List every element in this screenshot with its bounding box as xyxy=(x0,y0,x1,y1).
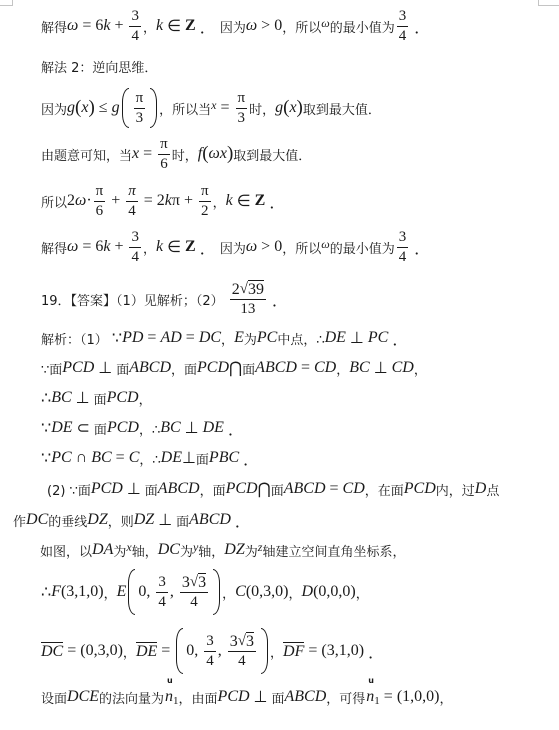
math-var: CD xyxy=(314,359,336,377)
page-corner-mark-top-left xyxy=(0,0,13,6)
line-point-coordinates: ∴ F (3,1,0) ， E 0, 34 , 3√3 4 ， C (0,3,0… xyxy=(41,567,369,617)
text-run: 时， xyxy=(172,145,198,164)
math-op: ． xyxy=(265,190,285,213)
math-var: k xyxy=(103,17,110,35)
math-set-integers: Z xyxy=(255,192,266,210)
vector-dc: DC xyxy=(41,642,63,660)
fraction: π3 xyxy=(134,90,146,127)
fraction: 34 xyxy=(156,574,168,611)
fraction-denominator: 4 xyxy=(238,652,246,670)
fraction-denominator: 6 xyxy=(96,202,104,220)
fraction: 3√3 4 xyxy=(228,632,256,670)
text-run: ， xyxy=(104,583,117,602)
document-page: 解得 ω = 6 k + 34 ， k ∈ Z ． 因为 ω > 0 ，所以 ω… xyxy=(0,0,559,730)
text-run: 因为 xyxy=(216,17,246,36)
text-run: ，可得 xyxy=(326,688,365,707)
fraction-denominator: 3 xyxy=(136,109,144,127)
subscript: 1 xyxy=(374,695,380,707)
math-op: > 0 xyxy=(257,238,282,256)
math-var: x xyxy=(132,145,139,163)
text-run: ，在面 xyxy=(365,480,404,499)
radical-sign: √ xyxy=(190,574,198,591)
text-run: 内，过 xyxy=(436,480,475,499)
text-run: ， xyxy=(222,583,235,602)
big-left-paren xyxy=(122,88,129,128)
text-run: 轴， xyxy=(198,541,224,560)
math-op: ∈ xyxy=(163,237,185,257)
text-run: 如图，以 xyxy=(40,541,92,560)
coordinate-tuple: = (0,3,0) xyxy=(63,642,123,660)
math-var: ω xyxy=(321,237,329,252)
big-left-paren xyxy=(176,628,183,674)
text-run: ， xyxy=(213,192,226,211)
text-run: 设面 xyxy=(41,688,67,707)
fraction-numerator: π xyxy=(158,136,170,155)
fraction-numerator: π xyxy=(94,183,106,202)
fraction: π6 xyxy=(158,136,170,173)
math-op: ． xyxy=(268,288,288,311)
text-run: ， xyxy=(143,238,156,257)
text-run: 面 xyxy=(271,688,284,707)
coordinate-tuple: = (1,0,0) xyxy=(380,688,440,706)
math-op: ⊥ xyxy=(370,358,392,378)
fraction: 34 xyxy=(204,633,216,670)
math-var: C xyxy=(235,583,246,601)
math-op: = xyxy=(139,145,156,163)
text-run: 作 xyxy=(13,511,26,530)
math-op: ∈ xyxy=(163,16,185,36)
radicand: 39 xyxy=(248,280,264,298)
math-pi: π xyxy=(172,192,180,210)
text-run: ，所以 xyxy=(282,17,321,36)
coordinate-tuple: (0,3,0) xyxy=(246,583,289,601)
math-op: ． xyxy=(410,236,430,259)
text-run: 面 xyxy=(271,480,284,499)
text-run: ，所以当 xyxy=(159,99,211,118)
text-run: 解法 2：逆向思维． xyxy=(41,57,157,76)
fraction: 34 xyxy=(397,229,409,266)
math-var: CD xyxy=(392,359,414,377)
text-run: 取到最大值． xyxy=(303,99,381,118)
answer-heading: 19．【答案】（1）见解析；（2） xyxy=(41,290,228,309)
math-var: n xyxy=(165,688,173,706)
text-run: 的最小值为 xyxy=(330,17,395,36)
line-equation: 所以 2 ω · π6 + π4 = 2 k π + π2 ， k ∈ Z ． xyxy=(41,176,285,226)
big-left-paren xyxy=(128,569,135,615)
math-num: 3 xyxy=(230,633,238,650)
text-run: ， xyxy=(336,359,349,378)
math-op: ⋂ xyxy=(258,479,271,499)
math-var: PCD xyxy=(218,688,250,706)
fraction-numerator: π xyxy=(199,183,211,202)
text-run: ， xyxy=(289,583,302,602)
text-run: ， xyxy=(414,359,427,378)
math-var: x xyxy=(211,98,216,113)
vector-de: DE xyxy=(136,642,157,660)
vector-accent-icon: u xyxy=(368,676,374,685)
line-f-max: 由题意可知，当 x = π6 时， f ( ωx ) 取到最大值． xyxy=(41,129,311,179)
math-var: k xyxy=(103,238,110,256)
text-run: ， xyxy=(143,17,156,36)
fraction-numerator: 3 xyxy=(204,633,216,652)
math-op: + xyxy=(107,192,124,210)
math-var: ABCD xyxy=(255,359,297,377)
fraction-denominator: 4 xyxy=(190,593,198,611)
text-run: 所以 xyxy=(41,192,67,211)
fraction-numerator: 3 xyxy=(397,8,409,27)
subscript: 1 xyxy=(173,695,179,707)
math-var: k xyxy=(156,17,163,35)
fraction: 34 xyxy=(129,229,141,266)
math-var: E xyxy=(117,583,127,601)
fraction-denominator: 3 xyxy=(238,109,246,127)
math-op: = xyxy=(157,642,174,660)
line-omega-solution-b: 解得 ω = 6 k + 34 ， k ∈ Z ． 因为 ω > 0 ，所以 ω… xyxy=(41,222,430,272)
math-op: ． xyxy=(196,236,216,259)
math-var: DCE xyxy=(67,688,99,706)
fraction-numerator: 3 xyxy=(397,229,409,248)
text-run: 由题意可知，当 xyxy=(41,145,132,164)
axis-y-label: y xyxy=(193,540,198,555)
fraction-numerator: 2√39 xyxy=(230,280,266,300)
big-right-paren xyxy=(261,628,268,674)
math-var: DC xyxy=(158,541,180,559)
fraction: 34 xyxy=(397,8,409,45)
fraction-numerator: 3 xyxy=(129,8,141,27)
fraction-denominator: 4 xyxy=(128,202,136,220)
math-var: PCD xyxy=(197,359,229,377)
fraction-numerator: π xyxy=(236,90,248,109)
math-var: g xyxy=(67,99,75,117)
math-var: n xyxy=(366,688,374,706)
math-var: DA xyxy=(92,541,113,559)
math-op: = xyxy=(326,480,343,498)
radicand: 3 xyxy=(246,632,254,650)
math-var: ABCD xyxy=(284,480,326,498)
fraction-denominator: 4 xyxy=(206,652,214,670)
big-right-paren xyxy=(213,569,220,615)
coordinate-tuple: = (3,1,0) xyxy=(304,642,364,660)
math-op: ⊥ xyxy=(250,687,272,707)
text-run: ， xyxy=(123,642,136,661)
math-var: BC xyxy=(349,359,369,377)
math-op: ． xyxy=(364,640,384,663)
line-g-max: 因为 g ( x ) ≤ g π3 ，所以当 x = π3 时， g ( x )… xyxy=(41,83,381,133)
math-var: ABCD xyxy=(285,688,327,706)
text-run: 因为 xyxy=(216,238,246,257)
math-var: ω xyxy=(321,16,329,31)
radical-sign: √ xyxy=(238,633,246,650)
text-run: 为 xyxy=(113,541,126,560)
math-num: 3 xyxy=(182,574,190,591)
math-var: ω xyxy=(246,238,257,256)
math-op: = xyxy=(216,99,233,117)
math-op: = xyxy=(297,359,314,377)
text-run: 轴， xyxy=(132,541,158,560)
math-var: ω xyxy=(75,192,86,210)
math-var: DZ xyxy=(224,541,244,559)
text-run: ， xyxy=(270,642,283,661)
math-var: D xyxy=(302,583,314,601)
math-op: · xyxy=(86,192,91,210)
text-run: ， xyxy=(439,688,452,707)
math-var: g xyxy=(112,99,120,117)
math-op: ⋂ xyxy=(229,358,242,378)
axis-x-label: x xyxy=(126,540,131,555)
math-var: ωx xyxy=(209,145,227,163)
normal-vector-n1: u n 1 xyxy=(165,688,179,706)
math-var: x xyxy=(289,99,296,117)
math-set-integers: Z xyxy=(185,238,196,256)
fraction-denominator: 4 xyxy=(399,248,407,266)
text-run: 解得 xyxy=(41,238,67,257)
math-op: = 6 xyxy=(78,238,103,256)
text-run: 轴建立空间直角坐标系， xyxy=(262,541,405,560)
math-num: 2 xyxy=(67,192,75,210)
text-run: ，所以 xyxy=(282,238,321,257)
fraction-denominator: 4 xyxy=(131,248,139,266)
math-var: ω xyxy=(246,17,257,35)
fraction-denominator: 4 xyxy=(158,593,166,611)
text-run: 取到最大值． xyxy=(233,145,311,164)
math-num: 0, xyxy=(186,642,202,660)
coordinate-tuple: (0,0,0) xyxy=(313,583,356,601)
fraction-denominator: 6 xyxy=(160,155,168,173)
math-var: D xyxy=(475,480,487,498)
fraction-numerator: 3 xyxy=(156,574,168,593)
radical-sign: √ xyxy=(240,281,248,298)
math-op: = 2 xyxy=(140,192,165,210)
text-run: ，由面 xyxy=(179,688,218,707)
math-op: + xyxy=(110,238,127,256)
fraction: π2 xyxy=(199,183,211,220)
text-run: ，面 xyxy=(171,359,197,378)
fraction: 34 xyxy=(129,8,141,45)
fraction-denominator: 4 xyxy=(399,27,407,45)
math-var: PCD xyxy=(404,480,436,498)
math-num: 0, xyxy=(138,583,154,601)
math-op: + xyxy=(180,192,197,210)
radicand: 3 xyxy=(198,573,206,591)
text-run: 为 xyxy=(180,541,193,560)
therefore-symbol: ∴ xyxy=(41,582,51,602)
text-run: 点 xyxy=(486,480,499,499)
math-op: , xyxy=(218,642,226,660)
fraction-denominator: 2 xyxy=(201,202,209,220)
math-var: x xyxy=(81,99,88,117)
big-right-paren xyxy=(150,88,157,128)
text-run: 因为 xyxy=(41,99,67,118)
math-op: + xyxy=(110,17,127,35)
page-corner-mark-top-right xyxy=(538,0,559,6)
text-run: 为 xyxy=(245,541,258,560)
fraction-numerator: π xyxy=(126,183,138,202)
math-var: k xyxy=(226,192,233,210)
fraction: π3 xyxy=(236,90,248,127)
text-run: 的最小值为 xyxy=(330,238,395,257)
math-var: ω xyxy=(67,238,78,256)
math-var: k xyxy=(156,238,163,256)
fraction: π4 xyxy=(126,183,138,220)
fraction-numerator: 3√3 xyxy=(180,573,208,593)
math-num: 2 xyxy=(232,281,240,298)
math-op: ∈ xyxy=(233,191,255,211)
line-normal-vector: 设面 DCE 的法向量为 u n 1 ，由面 PCD ⊥ 面 ABCD ，可得 … xyxy=(41,672,453,722)
math-var: g xyxy=(275,99,283,117)
text-run: 时， xyxy=(249,99,275,118)
fraction-numerator: 3√3 xyxy=(228,632,256,652)
math-var: F xyxy=(51,583,61,601)
fraction-numerator: 3 xyxy=(129,229,141,248)
fraction: π6 xyxy=(94,183,106,220)
math-var: ω xyxy=(67,17,78,35)
text-run: 解得 xyxy=(41,17,67,36)
math-var: CD xyxy=(343,480,365,498)
vector-df: DF xyxy=(283,642,304,660)
math-op: , xyxy=(170,583,178,601)
math-op: ． xyxy=(196,15,216,38)
math-set-integers: Z xyxy=(185,17,196,35)
math-op: ． xyxy=(410,15,430,38)
fraction-numerator: π xyxy=(134,90,146,109)
coordinate-tuple: (3,1,0) xyxy=(61,583,104,601)
axis-z-label: z xyxy=(258,540,263,555)
math-var: k xyxy=(165,192,172,210)
text-run: 的法向量为 xyxy=(99,688,164,707)
fraction: 3√3 4 xyxy=(180,573,208,611)
math-op: = 6 xyxy=(78,17,103,35)
math-op: ≤ xyxy=(95,99,112,117)
normal-vector-n1: u n 1 xyxy=(366,688,380,706)
text-run: ， xyxy=(356,583,369,602)
line-vectors: DC = (0,3,0) ， DE = 0, 34 , 3√3 4 ， DF =… xyxy=(41,626,384,676)
text-run: 面 xyxy=(242,359,255,378)
math-op: > 0 xyxy=(257,17,282,35)
vector-accent-icon: u xyxy=(167,676,173,685)
